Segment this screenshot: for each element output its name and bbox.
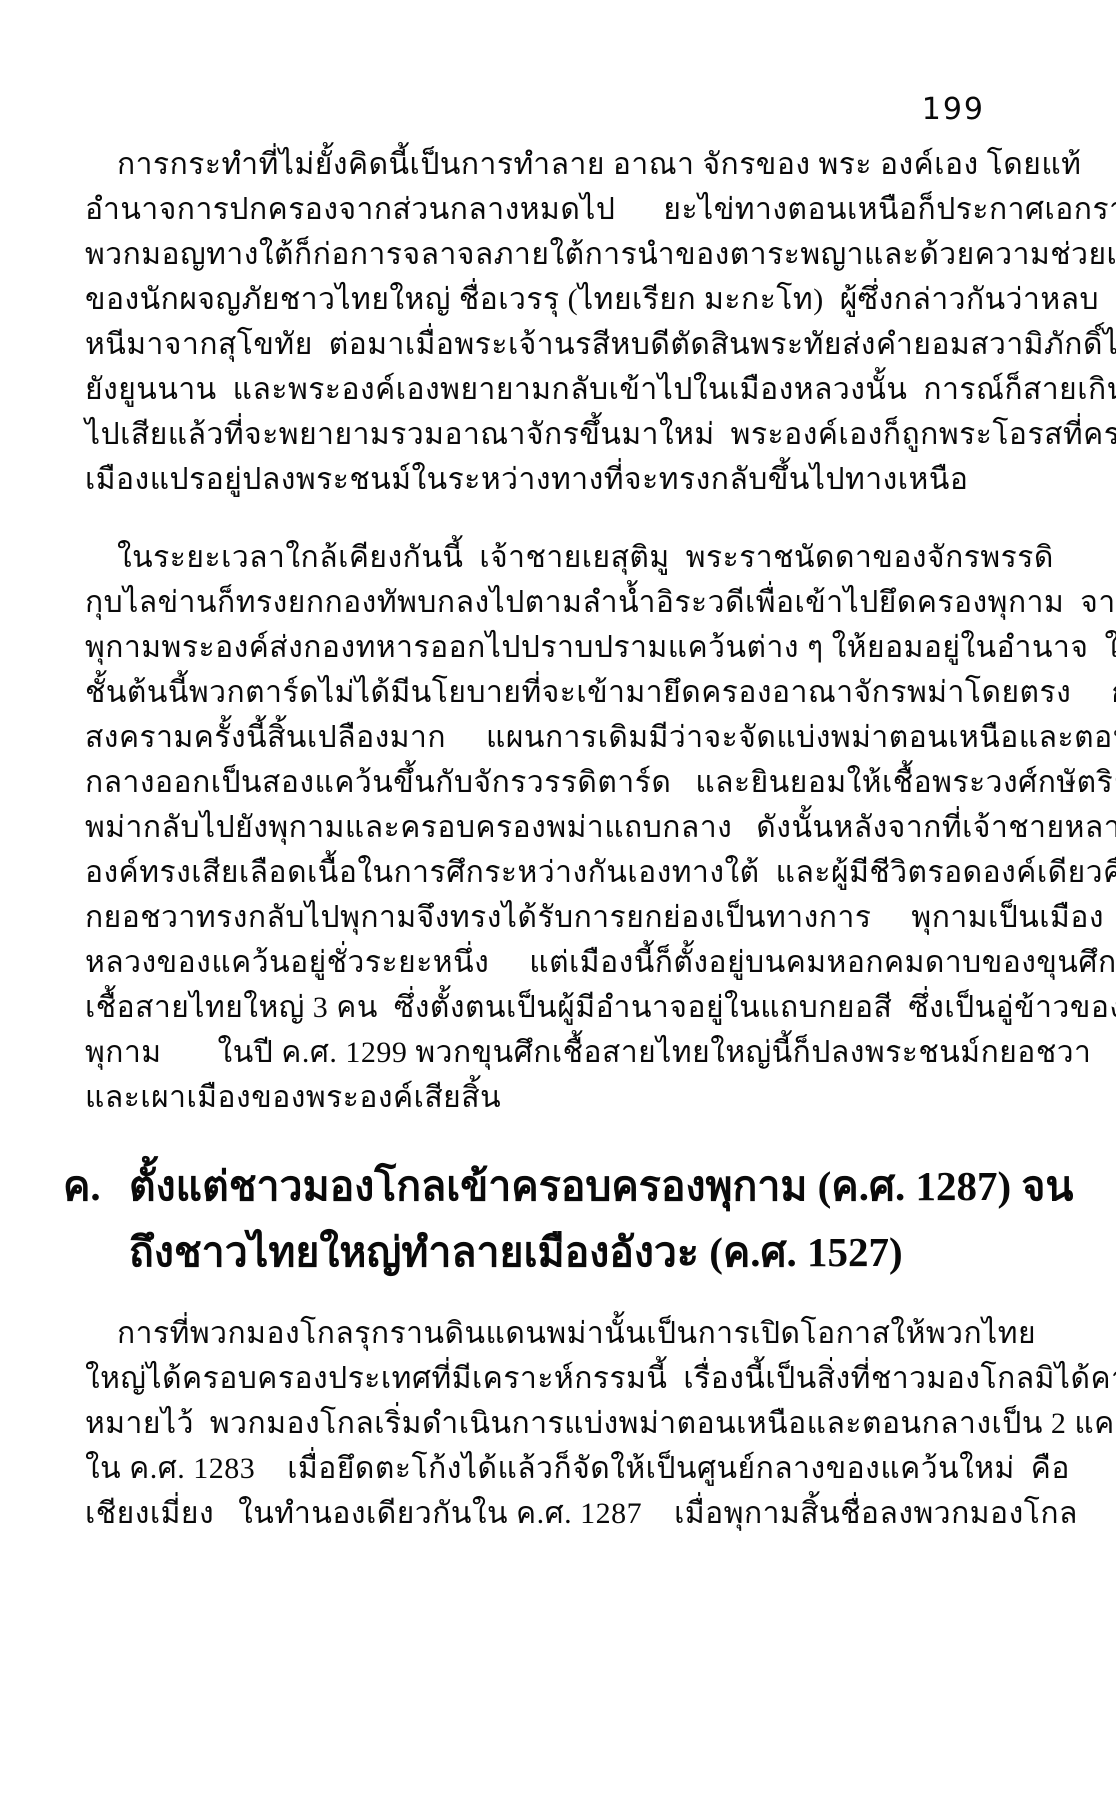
book-page: 199 การกระทำที่ไม่ยั้งคิดนี้เป็นการทำลาย… <box>0 0 1116 1800</box>
text-line: ชั้นต้นนี้พวกตาร์ดไม่ได้มีนโยบายที่จะเข้… <box>85 670 1033 715</box>
text-line: ในระยะเวลาใกล้เคียงกันนี้ เจ้าชายเยสุติม… <box>85 535 1033 580</box>
text-line: เชียงเมี่ยง ในทำนองเดียวกันใน ค.ศ. 1287 … <box>85 1491 1033 1536</box>
section-heading: ค. ตั้งแต่ชาวมองโกลเข้าครอบครองพุกาม (ค.… <box>85 1153 1033 1285</box>
text-line: และเผาเมืองของพระองค์เสียสิ้น <box>85 1075 1033 1120</box>
text-line: กุบไลข่านก็ทรงยกกองทัพบกลงไปตามลำน้ำอิระ… <box>85 580 1033 625</box>
page-number: 199 <box>922 92 985 127</box>
paragraph-3: การที่พวกมองโกลรุกรานดินแดนพม่านั้นเป็นก… <box>85 1311 1033 1536</box>
text-line: สงครามครั้งนี้สิ้นเปลืองมาก แผนการเดิมมี… <box>85 715 1033 760</box>
section-heading-text: ตั้งแต่ชาวมองโกลเข้าครอบครองพุกาม (ค.ศ. … <box>129 1153 1073 1219</box>
text-line: กยอชวาทรงกลับไปพุกามจึงทรงได้รับการยกย่อ… <box>85 895 1033 940</box>
section-heading-line-1: ค. ตั้งแต่ชาวมองโกลเข้าครอบครองพุกาม (ค.… <box>85 1153 1033 1219</box>
text-line: เชื้อสายไทยใหญ่ 3 คน ซึ่งตั้งตนเป็นผู้มี… <box>85 985 1033 1030</box>
text-line: พุกาม ในปี ค.ศ. 1299 พวกขุนศึกเชื้อสายไท… <box>85 1030 1033 1075</box>
text-line: หลวงของแคว้นอยู่ชั่วระยะหนึ่ง แต่เมืองนี… <box>85 940 1033 985</box>
text-line: องค์ทรงเสียเลือดเนื้อในการศึกระหว่างกันเ… <box>85 850 1033 895</box>
section-heading-line-2: ถึงชาวไทยใหญ่ทำลายเมืองอังวะ (ค.ศ. 1527) <box>85 1219 1033 1285</box>
text-line: อำนาจการปกครองจากส่วนกลางหมดไป ยะไข่ทางต… <box>85 187 1033 232</box>
section-label: ค. <box>63 1153 129 1219</box>
text-line: พุกามพระองค์ส่งกองทหารออกไปปราบปรามแคว้น… <box>85 625 1033 670</box>
text-line: ของนักผจญภัยชาวไทยใหญ่ ชื่อเวรรุ (ไทยเรี… <box>85 277 1033 322</box>
text-line: พม่ากลับไปยังพุกามและครอบครองพม่าแถบกลาง… <box>85 805 1033 850</box>
text-line: ใน ค.ศ. 1283 เมื่อยึดตะโก้งได้แล้วก็จัดใ… <box>85 1446 1033 1491</box>
text-line: ไปเสียแล้วที่จะพยายามรวมอาณาจักรขึ้นมาให… <box>85 412 1033 457</box>
text-line: กลางออกเป็นสองแคว้นขึ้นกับจักรวรรดิตาร์ด… <box>85 760 1033 805</box>
text-line: หนีมาจากสุโขทัย ต่อมาเมื่อพระเจ้านรสีหบด… <box>85 322 1033 367</box>
text-line: พวกมอญทางใต้ก็ก่อการจลาจลภายใต้การนำของต… <box>85 232 1033 277</box>
text-line: การกระทำที่ไม่ยั้งคิดนี้เป็นการทำลาย อาณ… <box>85 142 1033 187</box>
paragraph-2: ในระยะเวลาใกล้เคียงกันนี้ เจ้าชายเยสุติม… <box>85 535 1033 1120</box>
text-line: การที่พวกมองโกลรุกรานดินแดนพม่านั้นเป็นก… <box>85 1311 1033 1356</box>
paragraph-1: การกระทำที่ไม่ยั้งคิดนี้เป็นการทำลาย อาณ… <box>85 142 1033 502</box>
page-content: การกระทำที่ไม่ยั้งคิดนี้เป็นการทำลาย อาณ… <box>85 142 1033 1569</box>
text-line: เมืองแปรอยู่ปลงพระชนม์ในระหว่างทางที่จะท… <box>85 457 1033 502</box>
text-line: ใหญ่ได้ครอบครองประเทศที่มีเคราะห์กรรมนี้… <box>85 1356 1033 1401</box>
text-line: หมายไว้ พวกมองโกลเริ่มดำเนินการแบ่งพม่าต… <box>85 1401 1033 1446</box>
text-line: ยังยูนนาน และพระองค์เองพยายามกลับเข้าไปใ… <box>85 367 1033 412</box>
